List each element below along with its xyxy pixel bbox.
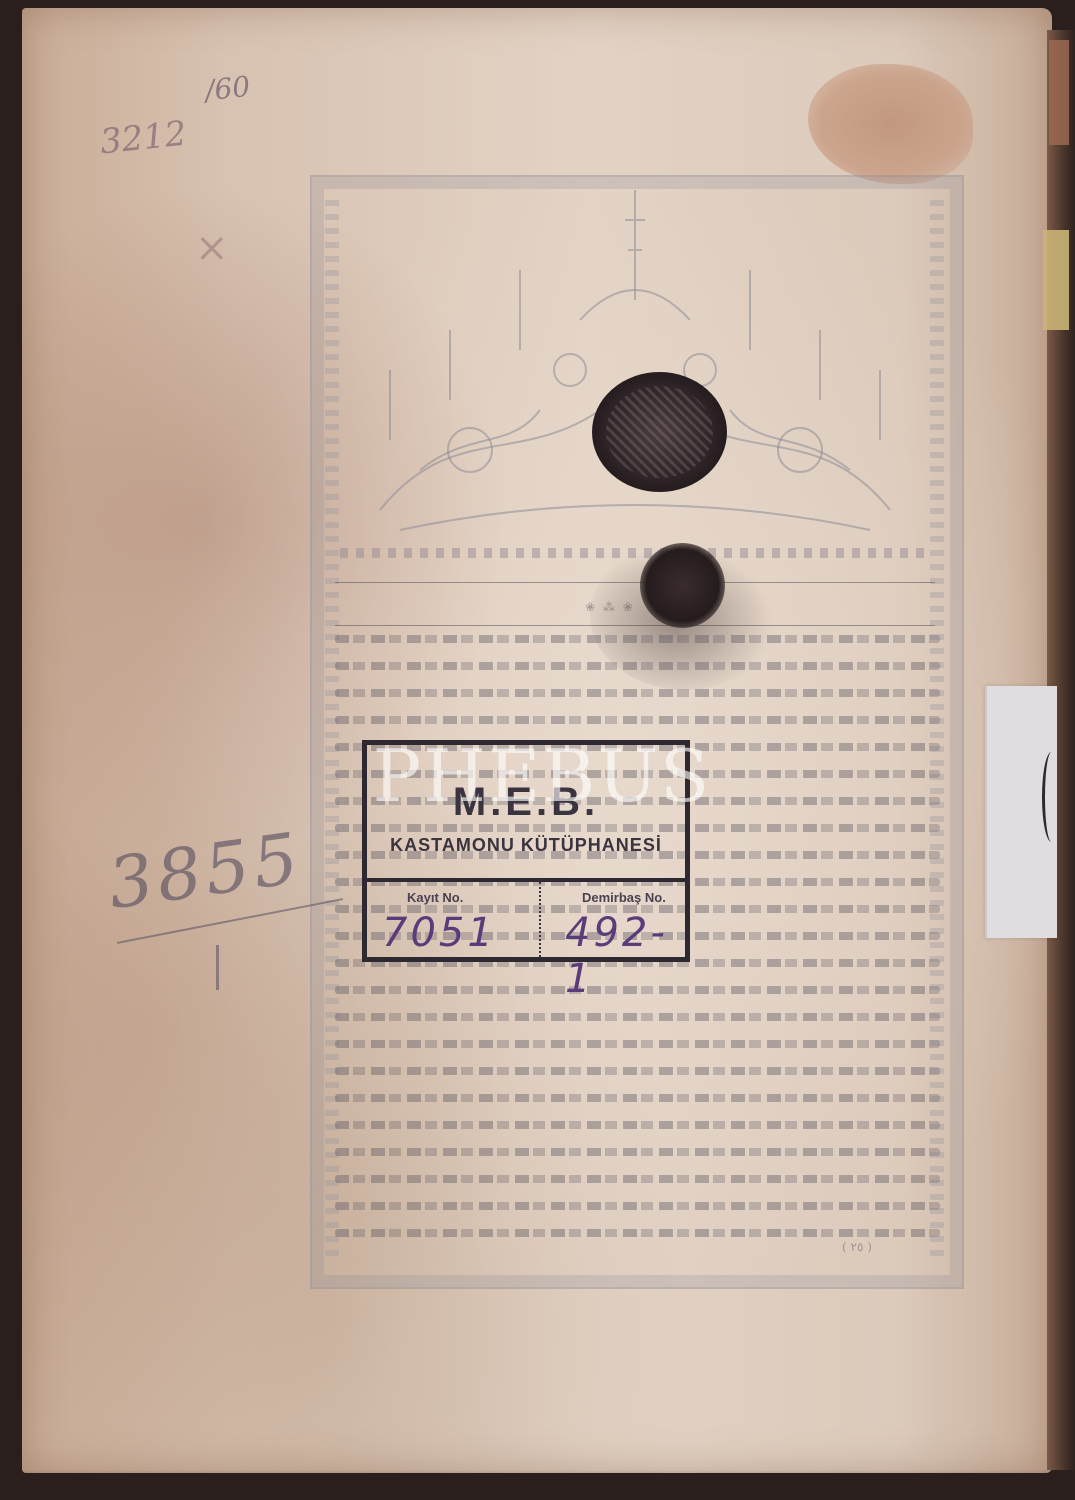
text-line	[335, 1121, 940, 1129]
stamp-right-label: Demirbaş No.	[582, 890, 666, 905]
spine-leather-patch	[1049, 40, 1069, 145]
text-line	[335, 1229, 940, 1237]
stamp-subtitle: KASTAMONU KÜTÜPHANESİ	[379, 835, 673, 856]
page-bottom-edge	[0, 1470, 1075, 1500]
handwritten-mark: ×	[195, 225, 229, 271]
text-line	[335, 662, 940, 670]
text-line	[335, 1013, 940, 1021]
stamp-left-value: 7051	[382, 910, 496, 956]
text-line	[335, 689, 940, 697]
stamp-left-label: Kayıt No.	[407, 890, 463, 905]
handwritten-tick	[216, 945, 219, 990]
text-line	[335, 1040, 940, 1048]
text-line	[335, 635, 940, 643]
stamp-divider-vertical	[539, 882, 543, 957]
handwritten-note-fraction: /60	[203, 70, 251, 108]
seal-oval-icon	[592, 372, 727, 492]
text-line	[335, 716, 940, 724]
seal-round-icon	[640, 543, 725, 628]
tape-pen-mark	[1042, 752, 1061, 842]
text-line	[335, 1148, 940, 1156]
stamp-divider	[367, 878, 685, 882]
colophon: ( ٢٥ )	[842, 1240, 872, 1254]
text-line	[335, 1067, 940, 1075]
text-line	[335, 1202, 940, 1210]
spine-paper-patch	[1043, 230, 1069, 330]
watermark: PHEBUS	[362, 734, 722, 818]
text-line	[335, 1094, 940, 1102]
ornamental-header-icon	[340, 180, 930, 550]
stamp-right-value: 492-1	[565, 910, 685, 1002]
text-line	[335, 1175, 940, 1183]
